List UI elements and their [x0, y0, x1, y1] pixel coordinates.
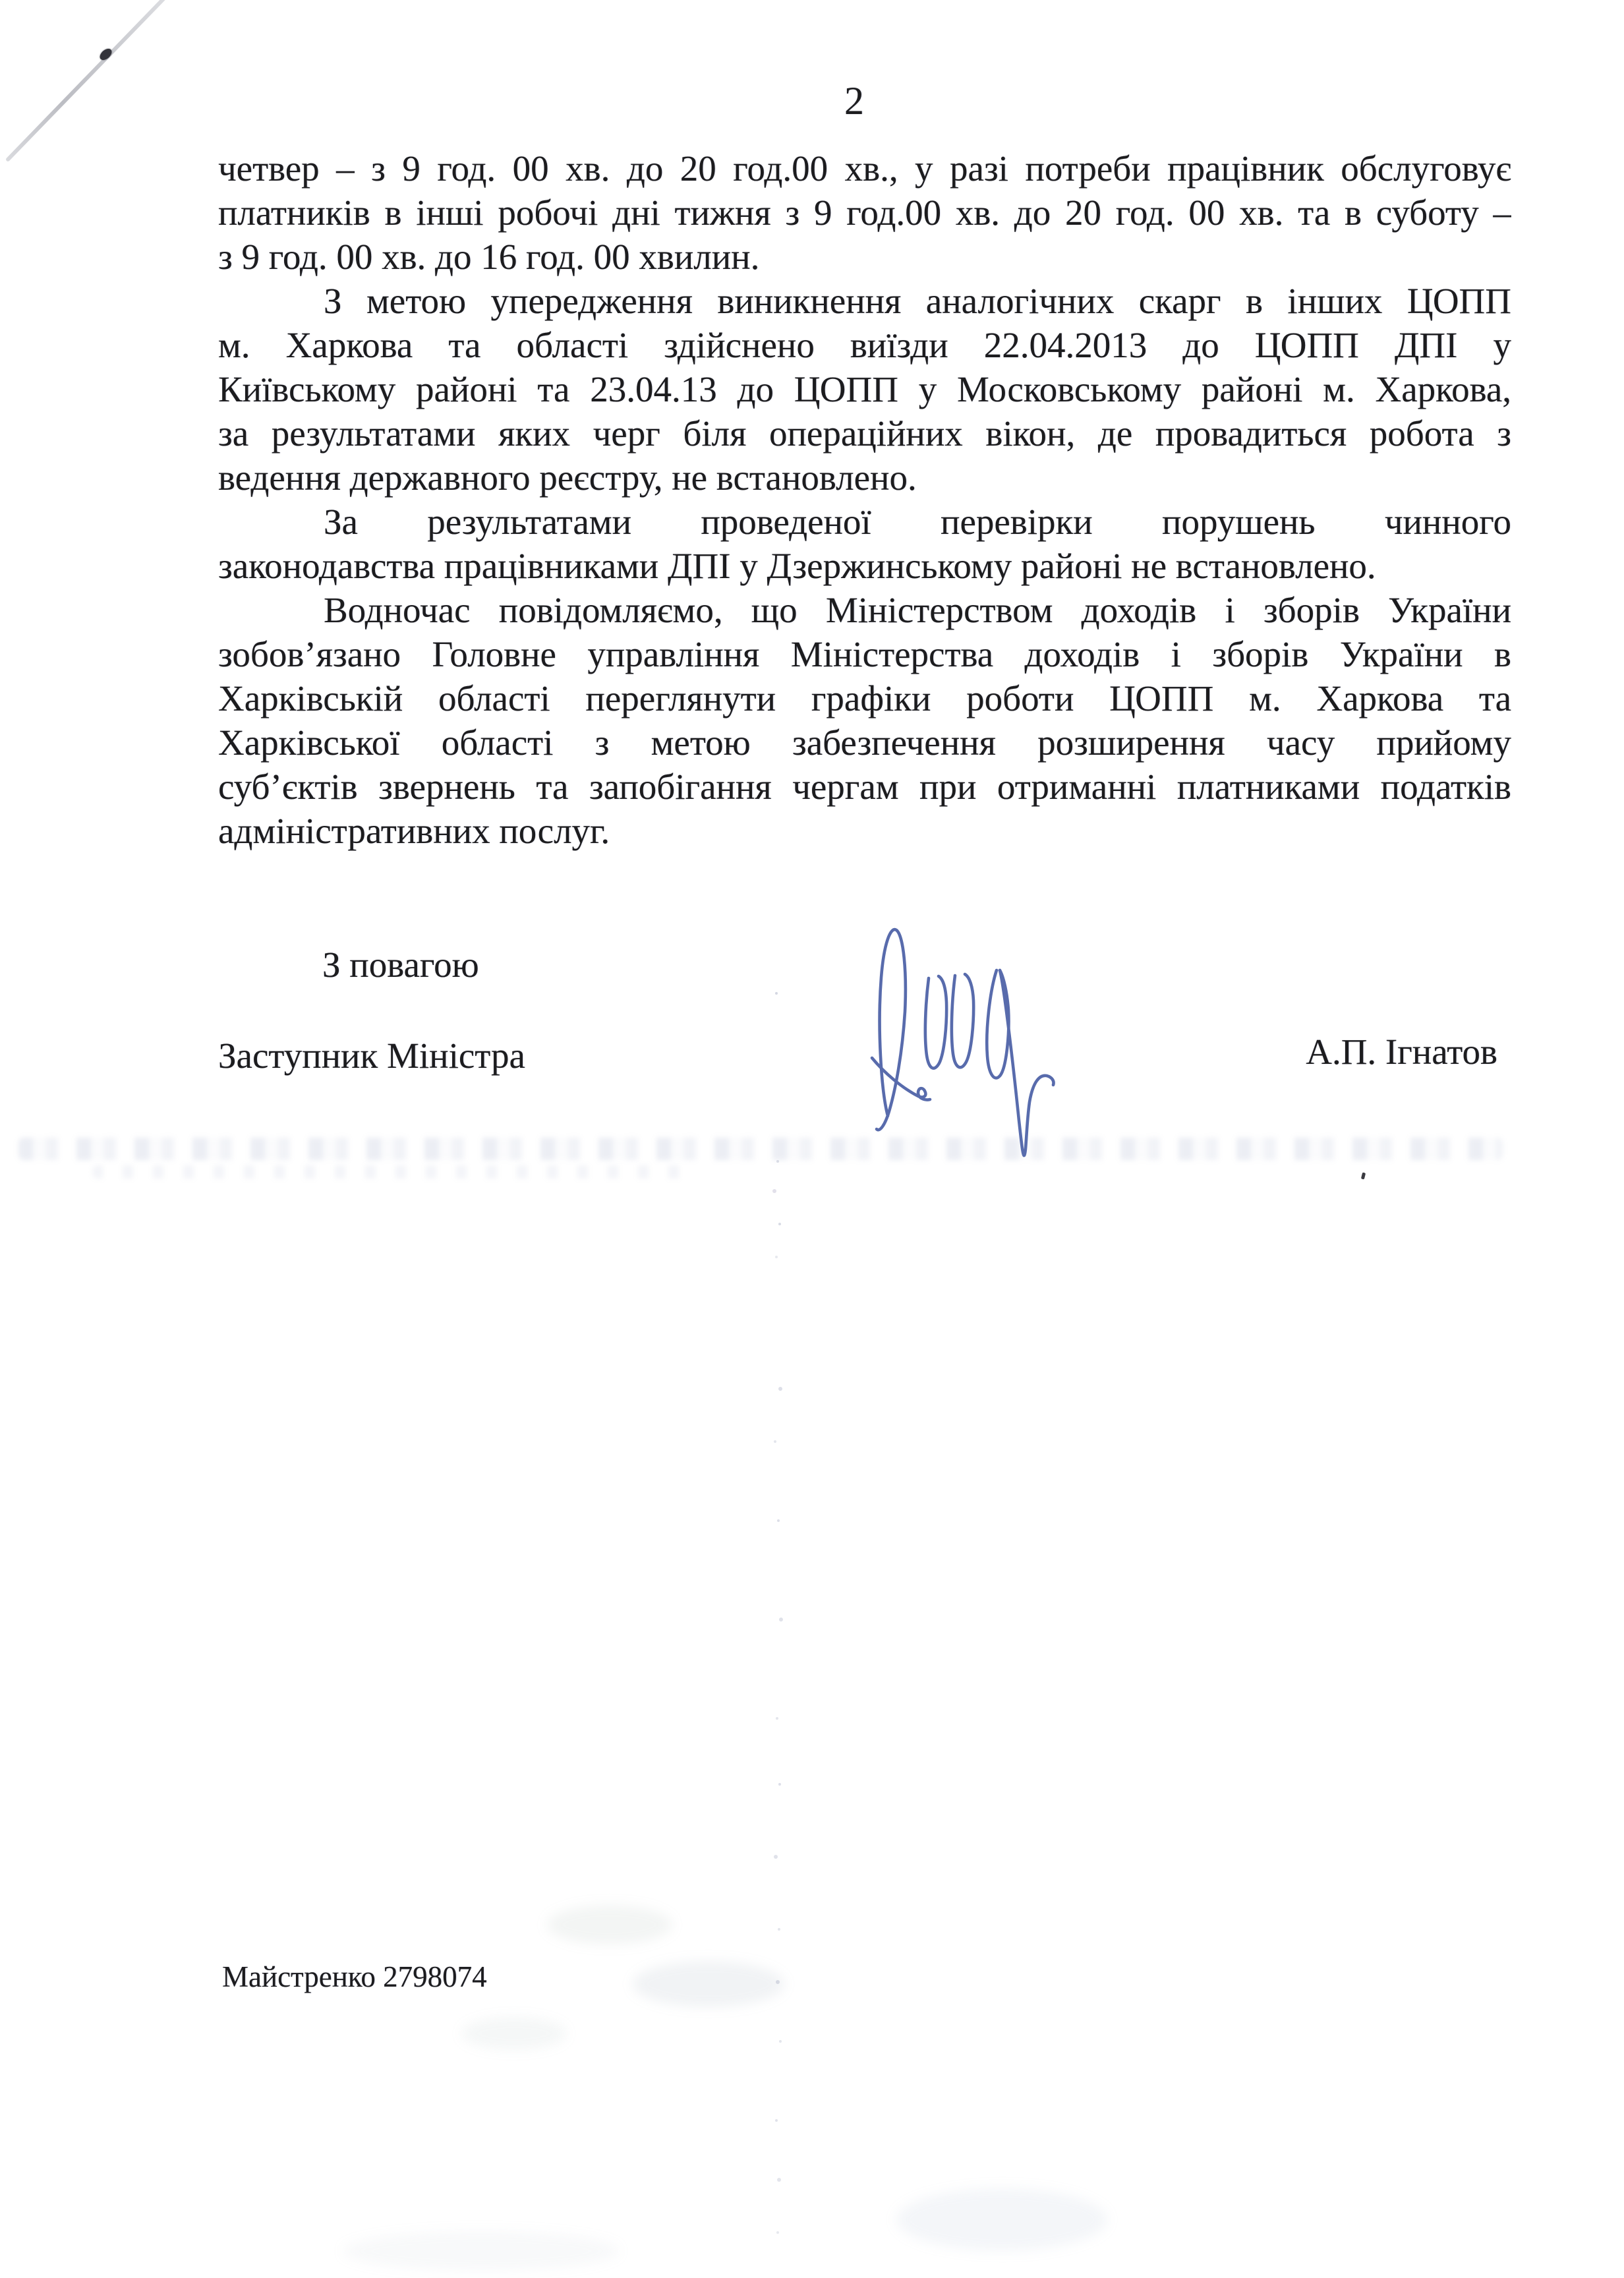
closing-salutation: З повагою [322, 943, 479, 987]
document-line: Водночас повідомляємо, що Міністерством … [218, 588, 1511, 632]
page: 2 четвер – з 9 год. 00 хв. до 20 год.00 … [0, 0, 1624, 2278]
scan-crease-line [5, 0, 169, 162]
bleed-through-band [18, 1138, 1503, 1160]
document-line: ведення державного реєстру, не встановле… [218, 455, 1511, 500]
signer-title: Заступник Міністра [218, 1034, 525, 1078]
document-line: з 9 год. 00 хв. до 16 год. 00 хвилин. [218, 235, 1511, 279]
document-line: законодавства працівниками ДПІ у Дзержин… [218, 544, 1511, 588]
scanned-letter-page: { "colors": { "ink": "#1c1c1e", "signatu… [0, 0, 1624, 2278]
document-line: за результатами яких черг біля операційн… [218, 411, 1511, 455]
scan-smudge [896, 2188, 1107, 2251]
document-line: З метою упередження виникнення аналогічн… [218, 279, 1511, 323]
ink-speck [1361, 1173, 1366, 1180]
document-line: суб’єктів звернень та запобігання чергам… [218, 765, 1511, 809]
document-line: платників в інші робочі дні тижня з 9 го… [218, 190, 1511, 235]
bleed-through-band-2 [92, 1165, 699, 1179]
document-line: Київському районі та 23.04.13 до ЦОПП у … [218, 367, 1511, 411]
document-line: адміністративних послуг. [218, 809, 1511, 853]
document-line: м. Харкова та області здійснено виїзди 2… [218, 323, 1511, 367]
document-line: За результатами проведеної перевірки пор… [218, 500, 1511, 544]
page-number: 2 [844, 78, 864, 124]
executor-reference: Майстренко 2798074 [222, 1959, 487, 1995]
scan-smudge [633, 1961, 784, 2007]
signer-name: А.П. Ігнатов [1306, 1030, 1497, 1074]
scan-smudge [461, 2017, 567, 2050]
scan-smudge [547, 1905, 672, 1944]
fold-speckles [775, 992, 778, 995]
document-body: четвер – з 9 год. 00 хв. до 20 год.00 хв… [218, 146, 1511, 853]
document-line: четвер – з 9 год. 00 хв. до 20 год.00 хв… [218, 146, 1511, 190]
document-line: зобов’язано Головне управління Міністерс… [218, 632, 1511, 676]
document-line: Харківській області переглянути графіки … [218, 676, 1511, 720]
document-line: Харківської області з метою забезпечення… [218, 720, 1511, 765]
scan-smudge [343, 2231, 620, 2271]
